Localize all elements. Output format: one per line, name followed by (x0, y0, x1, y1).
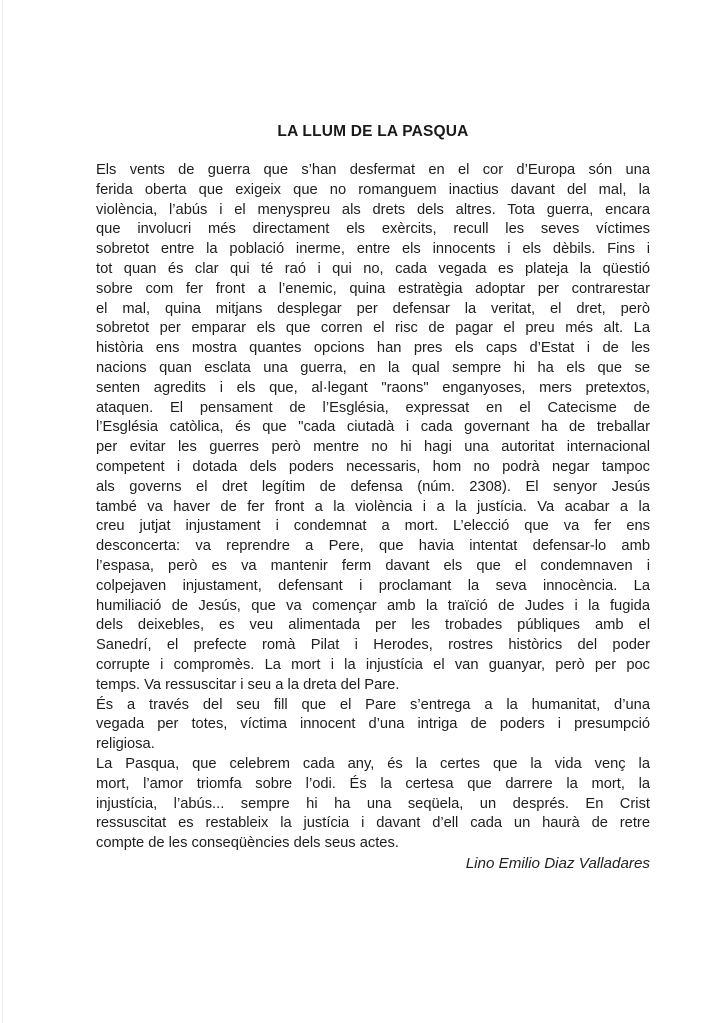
text-line: violència, l’abús i el menyspreu als dre… (96, 201, 650, 221)
text-line: nacions quan esclata una guerra, en la q… (96, 359, 650, 379)
text-line: sobre com fer front a l’enemic, quina es… (96, 280, 650, 300)
text-line: desconcerta: va reprendre a Pere, que ha… (96, 537, 650, 557)
text-line: sobretot entre la població inerme, entre… (96, 240, 650, 260)
text-line: el mal, quina mitjans desplegar per defe… (96, 300, 650, 320)
text-line: ataquen. El pensament de l’Església, exp… (96, 399, 650, 419)
text-line: per evitar les guerres però mentre no hi… (96, 438, 650, 458)
text-line: l’espasa, però es va mantenir ferm davan… (96, 557, 650, 577)
text-line: vegada per totes, víctima innocent d’una… (96, 715, 650, 735)
text-line: ressuscitat es restableix la justícia i … (96, 814, 650, 834)
text-line: humiliació de Jesús, que va començar amb… (96, 597, 650, 617)
text-line: compte de les conseqüències dels seus ac… (96, 834, 650, 854)
paragraph: Els vents de guerra que s’han desfermat … (96, 161, 650, 696)
text-line: història ens mostra quantes opcions han … (96, 339, 650, 359)
text-line: religiosa. (96, 735, 650, 755)
text-line: senten agredits i els que, al·legant "ra… (96, 379, 650, 399)
paragraph: És a través del seu fill que el Pare s’e… (96, 696, 650, 755)
text-line: tot quan és clar qui té raó i qui no, ca… (96, 260, 650, 280)
text-line: també va haver de fer front a la violènc… (96, 498, 650, 518)
text-line: que involucri més directament els exèrci… (96, 220, 650, 240)
text-line: corrupte i compromès. La mort i la injus… (96, 656, 650, 676)
text-line: ferida oberta que exigeix que no romangu… (96, 181, 650, 201)
text-line: La Pasqua, que celebrem cada any, és la … (96, 755, 650, 775)
document-page: LA LLUM DE LA PASQUA Els vents de guerra… (96, 0, 650, 874)
text-line: Els vents de guerra que s’han desfermat … (96, 161, 650, 181)
text-line: als governs el dret legítim de defensa (… (96, 478, 650, 498)
paragraph: La Pasqua, que celebrem cada any, és la … (96, 755, 650, 854)
document-title: LA LLUM DE LA PASQUA (96, 122, 650, 142)
text-line: colpejaven injustament, defensant i proc… (96, 577, 650, 597)
text-line: dels deixebles, es veu alimentada per le… (96, 616, 650, 636)
text-line: mort, l’amor triomfa sobre l’odi. És la … (96, 775, 650, 795)
text-line: injustícia, l’abús... sempre hi ha una s… (96, 795, 650, 815)
scan-edge-artifact (2, 0, 3, 1023)
author-signature: Lino Emilio Diaz Valladares (96, 854, 650, 874)
text-line: l’Església catòlica, és que "cada ciutad… (96, 418, 650, 438)
document-body: Els vents de guerra que s’han desfermat … (96, 161, 650, 854)
text-line: temps. Va ressuscitar i seu a la dreta d… (96, 676, 650, 696)
text-line: sobretot per emparar els que corren el r… (96, 319, 650, 339)
text-line: creu jutjat injustament i condemnat a mo… (96, 517, 650, 537)
text-line: És a través del seu fill que el Pare s’e… (96, 696, 650, 716)
text-line: Sanedrí, el prefecte romà Pilat i Herode… (96, 636, 650, 656)
text-line: competent i dotada dels poders necessari… (96, 458, 650, 478)
